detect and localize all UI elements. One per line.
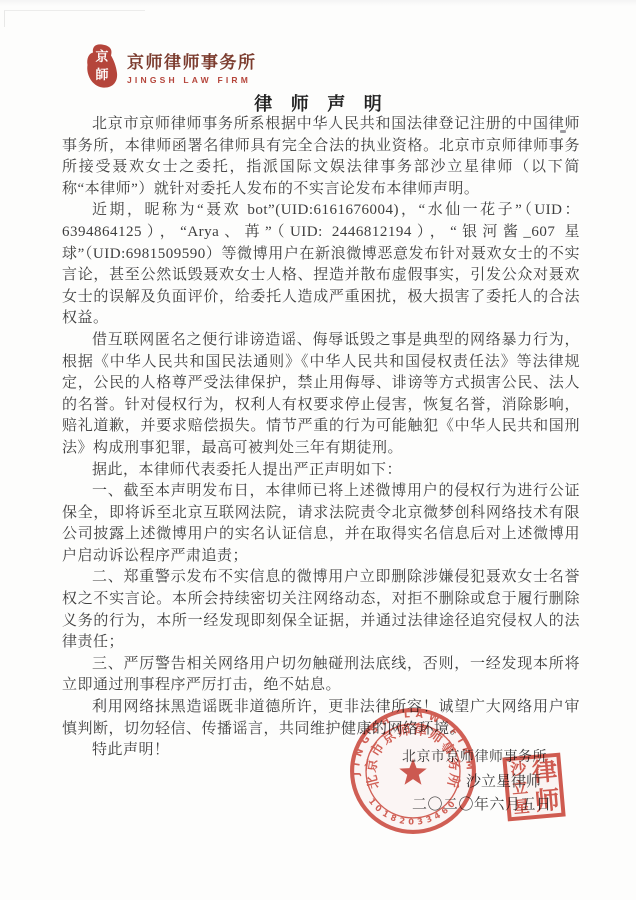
logo-char-top: 京 [95, 49, 108, 64]
square-seal-char: 沙 [510, 760, 529, 779]
scan-smudge [560, 122, 574, 136]
statement-body: 北京市京师律师事务所系根据中华人民共和国法律登记注册的中国律师事务所，本律师函署… [62, 114, 580, 762]
scan-artifact [4, 10, 145, 27]
square-seal-char: 师 [534, 786, 561, 816]
square-seal-char: 立 [511, 778, 529, 798]
firm-names: 京师律师事务所 JINGSH LAW FIRM [127, 48, 257, 85]
letterhead: 京 師 京师律师事务所 JINGSH LAW FIRM [85, 43, 257, 89]
statement-paragraph: 借互联网匿名之便行诽谤造谣、侮辱诋毁之事是典型的网络暴力行为，根据《中华人民共和… [62, 330, 580, 460]
round-firm-seal: JINGSH LAW FIRM 北京市京师律师事务所 1101820334601 [349, 707, 477, 835]
statement-paragraph: 三、严厉警告相关网络用户切勿触碰刑法底线，否则，一经发现本所将立即通过刑事程序严… [62, 654, 580, 697]
square-seal-char: 星 [513, 796, 531, 816]
statement-paragraph: 一、截至本声明发布日，本律师已将上述微博用户的侵权行为进行公证保全，即将诉至北京… [62, 481, 580, 567]
statement-paragraph: 利用网络抹黑造谣既非道德所许，更非法律所容！诚望广大网络用户审慎判断，切勿轻信、… [62, 697, 580, 740]
scanned-lawyer-statement: 京 師 京师律师事务所 JINGSH LAW FIRM 律 师 声 明 北京市京… [0, 0, 636, 900]
statement-paragraph: 据此，本律师代表委托人提出严正声明如下： [62, 460, 580, 482]
document-title: 律 师 声 明 [0, 90, 636, 116]
square-seal-char: 律 [531, 757, 558, 787]
statement-paragraph: 二、郑重警示发布不实信息的微博用户立即删除涉嫌侵犯聂欢女士名誉权之不实言论。本所… [62, 567, 580, 653]
statement-paragraph: 近期，昵称为“聂欢 bot”(UID:6161676004)，“水仙一花子”（U… [62, 200, 580, 330]
logo-char-bottom: 師 [95, 67, 108, 82]
firm-name-en: JINGSH LAW FIRM [127, 75, 257, 85]
statement-paragraph: 北京市京师律师事务所系根据中华人民共和国法律登记注册的中国律师事务所，本律师函署… [62, 114, 580, 200]
square-lawyer-seal: 律 师 沙 立 星 [501, 752, 567, 823]
firm-logo-seal-icon: 京 師 [85, 43, 119, 89]
firm-name-cn: 京师律师事务所 [127, 48, 257, 73]
